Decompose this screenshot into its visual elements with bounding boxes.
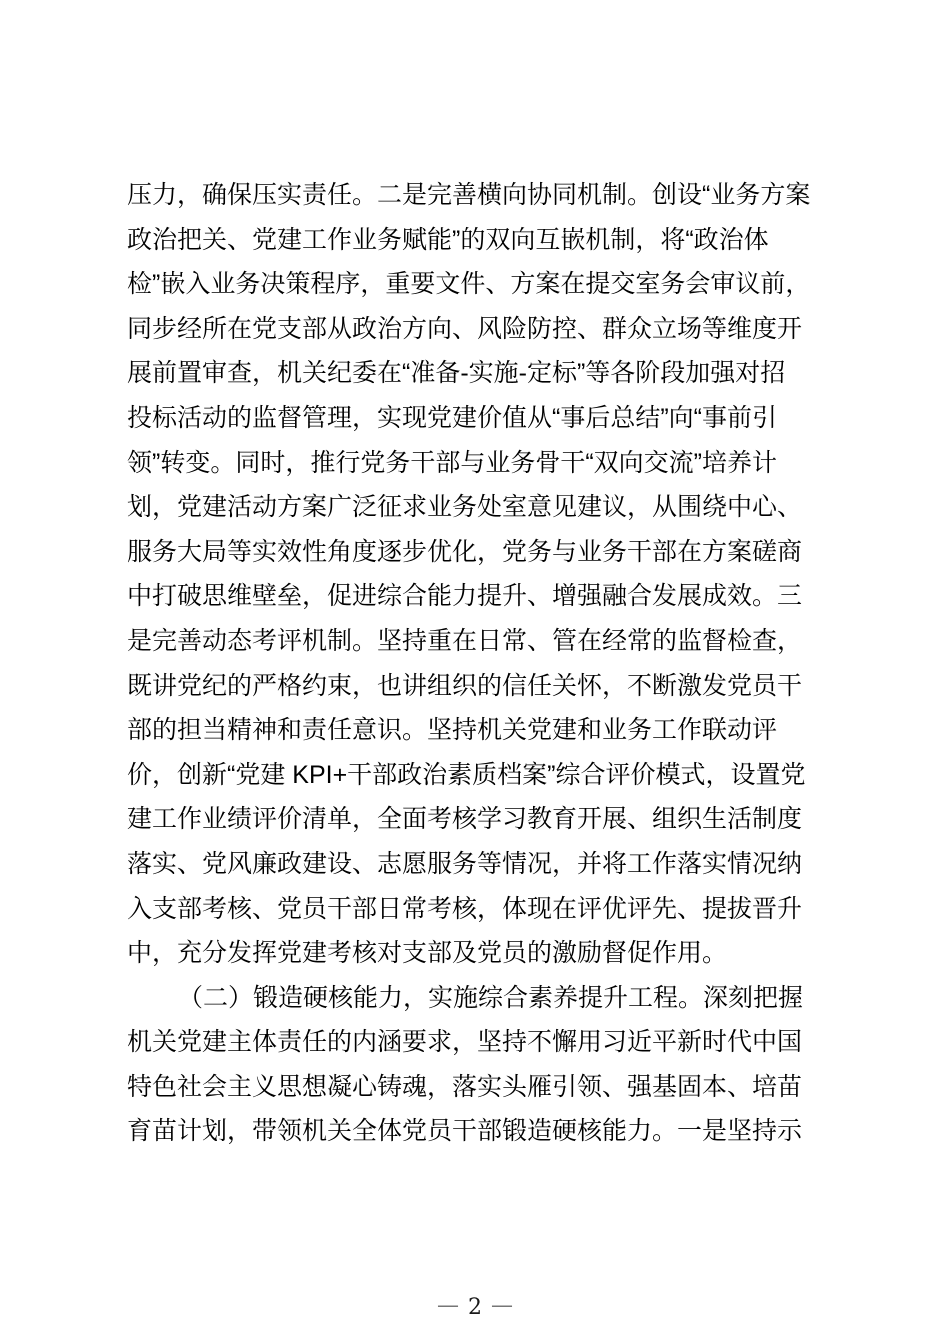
- document-body: 压力，确保压实责任。二是完善横向协同机制。创设“业务方案 政治把关、党建工作业务…: [127, 173, 839, 1154]
- text-line: 中打破思维壁垒，促进综合能力提升、增强融合发展成效。三: [127, 574, 839, 619]
- footer-dash-left: —: [437, 1293, 459, 1318]
- text-line: 落实、党风廉政建设、志愿服务等情况，并将工作落实情况纳: [127, 842, 839, 887]
- text-line: 划，党建活动方案广泛征求业务处室意见建议，从围绕中心、: [127, 485, 839, 530]
- text-line: 政治把关、党建工作业务赋能”的双向互嵌机制，将“政治体: [127, 218, 839, 263]
- text-line: 领”转变。同时，推行党务干部与业务骨干“双向交流”培养计: [127, 441, 839, 486]
- text-line: 同步经所在党支部从政治方向、风险防控、群众立场等维度开: [127, 307, 839, 352]
- text-line: 既讲党纪的严格约束，也讲组织的信任关怀，不断激发党员干: [127, 664, 839, 709]
- text-line: 育苗计划，带领机关全体党员干部锻造硬核能力。一是坚持示: [127, 1109, 839, 1154]
- text-line: 服务大局等实效性角度逐步优化，党务与业务干部在方案磋商: [127, 530, 839, 575]
- text-line: 压力，确保压实责任。二是完善横向协同机制。创设“业务方案: [127, 173, 839, 218]
- footer-dash-right: —: [491, 1293, 513, 1318]
- text-line: 检”嵌入业务决策程序，重要文件、方案在提交室务会审议前，: [127, 262, 839, 307]
- text-line: 投标活动的监督管理，实现党建价值从“事后总结”向“事前引: [127, 396, 839, 441]
- text-line: 是完善动态考评机制。坚持重在日常、管在经常的监督检查，: [127, 619, 839, 664]
- text-line: 中，充分发挥党建考核对支部及党员的激励督促作用。: [127, 931, 839, 976]
- text-line: 入支部考核、党员干部日常考核，体现在评优评先、提拔晋升: [127, 887, 839, 932]
- page-number: 2: [468, 1295, 482, 1320]
- text-line: 机关党建主体责任的内涵要求，坚持不懈用习近平新时代中国: [127, 1020, 839, 1065]
- text-line: 价，创新“党建 KPI+干部政治素质档案”综合评价模式，设置党: [127, 753, 839, 798]
- text-line: 特色社会主义思想凝心铸魂，落实头雁引领、强基固本、培苗: [127, 1065, 839, 1110]
- text-line: 展前置审查，机关纪委在“准备-实施-定标”等各阶段加强对招: [127, 351, 839, 396]
- text-line: （二）锻造硬核能力，实施综合素养提升工程。深刻把握: [127, 976, 839, 1021]
- paragraph-2: （二）锻造硬核能力，实施综合素养提升工程。深刻把握 机关党建主体责任的内涵要求，…: [127, 976, 839, 1154]
- paragraph-1: 压力，确保压实责任。二是完善横向协同机制。创设“业务方案 政治把关、党建工作业务…: [127, 173, 839, 976]
- page-footer: —2—: [0, 1293, 950, 1323]
- text-line: 部的担当精神和责任意识。坚持机关党建和业务工作联动评: [127, 708, 839, 753]
- text-line: 建工作业绩评价清单，全面考核学习教育开展、组织生活制度: [127, 797, 839, 842]
